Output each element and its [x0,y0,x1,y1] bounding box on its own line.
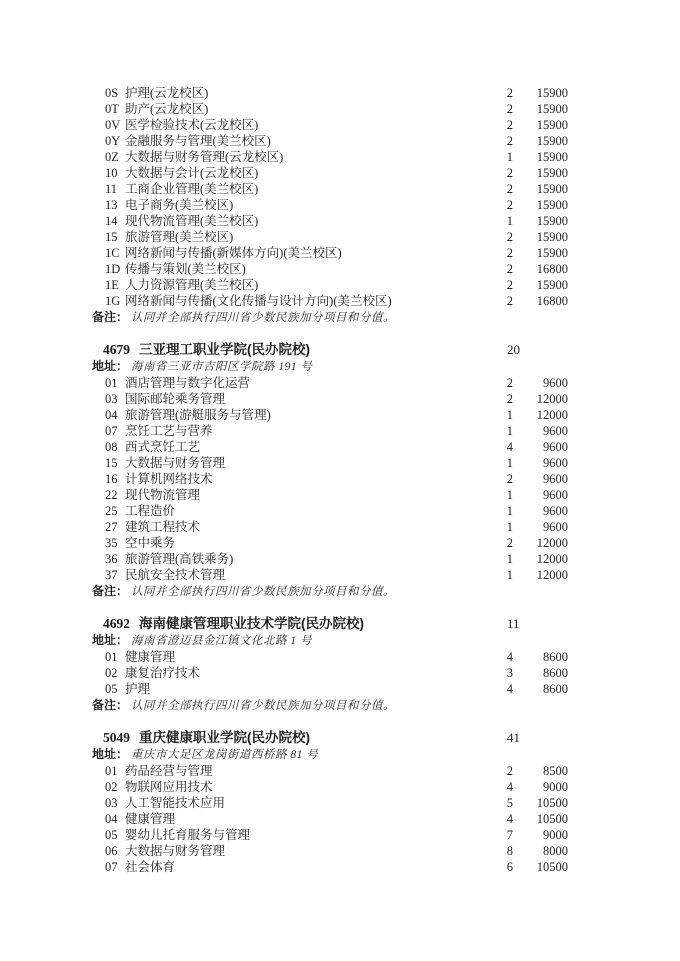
course-code: 1C [105,245,125,261]
course-name: 人工智能技术应用 [125,795,483,811]
course-enrollment-count: 2 [483,471,513,487]
course-code: 13 [105,197,125,213]
course-name: 康复治疗技术 [125,665,483,681]
course-row: 16计算机网络技术29600 [105,471,568,487]
course-enrollment-count: 2 [483,101,513,117]
course-tuition-fee: 9600 [513,503,568,519]
course-row: 27建筑工程技术19600 [105,519,568,535]
course-code: 0S [105,85,125,101]
course-code: 16 [105,471,125,487]
course-row: 05护理48600 [105,681,568,697]
course-tuition-fee: 9600 [513,487,568,503]
address-label: 地址： [92,747,128,761]
course-enrollment-count: 1 [483,567,513,583]
school-name: 重庆健康职业学院(民办院校) [139,730,310,746]
course-tuition-fee: 9600 [513,455,568,471]
course-row: 02物联网应用技术49000 [105,779,568,795]
note-text: 认同并全部执行四川省少数民族加分项目和分值。 [131,312,395,324]
course-code: 11 [105,181,125,197]
course-enrollment-count: 2 [483,277,513,293]
course-name: 人力资源管理(美兰校区) [125,277,483,293]
course-name: 旅游管理(美兰校区) [125,229,483,245]
course-tuition-fee: 16800 [513,261,568,277]
course-enrollment-count: 1 [483,213,513,229]
course-tuition-fee: 10500 [513,795,568,811]
course-tuition-fee: 9600 [513,471,568,487]
course-name: 医学检验技术(云龙校区) [125,117,483,133]
course-code: 25 [105,503,125,519]
course-enrollment-count: 2 [483,165,513,181]
course-row: 03人工智能技术应用510500 [105,795,568,811]
school-header: 4692海南健康管理职业技术学院(民办院校)11 [103,616,568,632]
course-row: 1C网络新闻与传播(新媒体方向)(美兰校区)215900 [105,245,568,261]
course-enrollment-count: 1 [483,551,513,567]
course-code: 07 [105,423,125,439]
course-name: 民航安全技术管理 [125,567,483,583]
course-name: 建筑工程技术 [125,519,483,535]
course-tuition-fee: 16800 [513,293,568,309]
course-enrollment-count: 2 [483,261,513,277]
course-code: 0V [105,117,125,133]
course-row: 03国际邮轮乘务管理212000 [105,391,568,407]
course-row: 01药品经营与管理28500 [105,763,568,779]
course-enrollment-count: 4 [483,811,513,827]
course-name: 社会体育 [125,859,483,875]
course-row: 01健康管理48600 [105,649,568,665]
course-row: 07烹饪工艺与营养19600 [105,423,568,439]
course-enrollment-count: 2 [483,117,513,133]
course-code: 01 [105,763,125,779]
admission-plan-document-page: 0S护理(云龙校区)2159000T助产(云龙校区)2159000V医学检验技术… [0,0,680,961]
course-name: 现代物流管理(美兰校区) [125,213,483,229]
course-code: 06 [105,843,125,859]
course-row: 0Z大数据与财务管理(云龙校区)115900 [105,149,568,165]
address-text: 海南省三亚市吉阳区学院路 191 号 [131,361,313,373]
course-name: 大数据与财务管理(云龙校区) [125,149,483,165]
course-row: 11工商企业管理(美兰校区)215900 [105,181,568,197]
course-enrollment-count: 2 [483,375,513,391]
course-enrollment-count: 2 [483,763,513,779]
course-code: 37 [105,567,125,583]
course-row: 02康复治疗技术38600 [105,665,568,681]
course-code: 01 [105,375,125,391]
course-row: 04旅游管理(游艇服务与管理)112000 [105,407,568,423]
course-row: 22现代物流管理19600 [105,487,568,503]
course-enrollment-count: 1 [483,423,513,439]
course-enrollment-count: 4 [483,681,513,697]
course-row: 37民航安全技术管理112000 [105,567,568,583]
course-code: 1G [105,293,125,309]
course-code: 10 [105,165,125,181]
course-code: 04 [105,407,125,423]
course-code: 05 [105,681,125,697]
course-tuition-fee: 8500 [513,763,568,779]
course-tuition-fee: 9000 [513,827,568,843]
course-row: 1E人力资源管理(美兰校区)215900 [105,277,568,293]
course-row: 0S护理(云龙校区)215900 [105,85,568,101]
course-enrollment-count: 8 [483,843,513,859]
course-code: 07 [105,859,125,875]
course-name: 大数据与会计(云龙校区) [125,165,483,181]
course-name: 护理 [125,681,483,697]
course-name: 酒店管理与数字化运营 [125,375,483,391]
course-row: 01酒店管理与数字化运营29600 [105,375,568,391]
address-line: 地址：重庆市大足区龙岗街道西桥路 81 号 [92,746,568,763]
course-enrollment-count: 2 [483,229,513,245]
course-code: 36 [105,551,125,567]
course-code: 14 [105,213,125,229]
address-label: 地址： [92,359,128,373]
school-code: 4679 [103,342,130,358]
course-row: 05婴幼儿托育服务与管理79000 [105,827,568,843]
course-name: 计算机网络技术 [125,471,483,487]
course-name: 网络新闻与传播(新媒体方向)(美兰校区) [125,245,483,261]
course-tuition-fee: 15900 [513,149,568,165]
school-total-count: 41 [507,730,568,746]
course-enrollment-count: 1 [483,455,513,471]
course-tuition-fee: 9000 [513,779,568,795]
course-enrollment-count: 2 [483,535,513,551]
course-name: 网络新闻与传播(文化传播与设计方向)(美兰校区) [125,293,483,309]
course-tuition-fee: 9600 [513,375,568,391]
course-name: 国际邮轮乘务管理 [125,391,483,407]
address-text: 海南省澄迈县金江镇文化北路 1 号 [131,635,312,647]
course-row: 14现代物流管理(美兰校区)115900 [105,213,568,229]
course-enrollment-count: 5 [483,795,513,811]
course-code: 15 [105,229,125,245]
course-row: 10大数据与会计(云龙校区)215900 [105,165,568,181]
course-enrollment-count: 1 [483,519,513,535]
course-enrollment-count: 2 [483,181,513,197]
school-code: 4692 [103,616,130,632]
note-label: 备注： [92,310,128,324]
course-tuition-fee: 15900 [513,229,568,245]
course-name: 烹饪工艺与营养 [125,423,483,439]
course-row: 1G网络新闻与传播(文化传播与设计方向)(美兰校区)216800 [105,293,568,309]
course-code: 0T [105,101,125,117]
course-tuition-fee: 15900 [513,133,568,149]
course-enrollment-count: 6 [483,859,513,875]
course-tuition-fee: 15900 [513,165,568,181]
course-tuition-fee: 15900 [513,245,568,261]
course-tuition-fee: 15900 [513,197,568,213]
course-tuition-fee: 12000 [513,391,568,407]
school-code: 5049 [103,730,130,746]
course-tuition-fee: 12000 [513,551,568,567]
course-row: 06大数据与财务管理88000 [105,843,568,859]
course-code: 1E [105,277,125,293]
course-tuition-fee: 8600 [513,681,568,697]
course-tuition-fee: 12000 [513,535,568,551]
course-name: 物联网应用技术 [125,779,483,795]
school-section: 5049重庆健康职业学院(民办院校)41地址：重庆市大足区龙岗街道西桥路 81 … [92,730,568,875]
course-row: 15大数据与财务管理19600 [105,455,568,471]
note-line: 备注：认同并全部执行四川省少数民族加分项目和分值。 [92,309,568,326]
course-code: 1D [105,261,125,277]
address-line: 地址：海南省澄迈县金江镇文化北路 1 号 [92,632,568,649]
course-code: 22 [105,487,125,503]
course-enrollment-count: 7 [483,827,513,843]
school-name: 三亚理工职业学院(民办院校) [139,342,310,358]
course-tuition-fee: 12000 [513,407,568,423]
course-code: 02 [105,779,125,795]
course-enrollment-count: 1 [483,407,513,423]
school-section: 0S护理(云龙校区)2159000T助产(云龙校区)2159000V医学检验技术… [92,85,568,326]
course-enrollment-count: 2 [483,197,513,213]
course-tuition-fee: 15900 [513,85,568,101]
course-tuition-fee: 10500 [513,811,568,827]
course-enrollment-count: 2 [483,391,513,407]
school-header: 5049重庆健康职业学院(民办院校)41 [103,730,568,746]
course-name: 大数据与财务管理 [125,455,483,471]
school-section: 4679三亚理工职业学院(民办院校)20地址：海南省三亚市吉阳区学院路 191 … [92,342,568,600]
course-row: 0T助产(云龙校区)215900 [105,101,568,117]
course-enrollment-count: 4 [483,439,513,455]
course-tuition-fee: 9600 [513,423,568,439]
course-name: 护理(云龙校区) [125,85,483,101]
school-total-count: 20 [507,342,568,358]
school-total-count: 11 [507,616,568,632]
course-enrollment-count: 2 [483,85,513,101]
course-name: 西式烹饪工艺 [125,439,483,455]
course-tuition-fee: 15900 [513,101,568,117]
course-tuition-fee: 9600 [513,439,568,455]
course-tuition-fee: 15900 [513,181,568,197]
course-code: 0Y [105,133,125,149]
course-name: 药品经营与管理 [125,763,483,779]
course-tuition-fee: 15900 [513,117,568,133]
note-text: 认同并全部执行四川省少数民族加分项目和分值。 [131,700,395,712]
course-name: 电子商务(美兰校区) [125,197,483,213]
course-row: 1D传播与策划(美兰校区)216800 [105,261,568,277]
note-label: 备注： [92,698,128,712]
course-enrollment-count: 1 [483,503,513,519]
course-row: 08西式烹饪工艺49600 [105,439,568,455]
school-header: 4679三亚理工职业学院(民办院校)20 [103,342,568,358]
course-enrollment-count: 1 [483,487,513,503]
course-row: 15旅游管理(美兰校区)215900 [105,229,568,245]
school-sections-list: 0S护理(云龙校区)2159000T助产(云龙校区)2159000V医学检验技术… [92,85,568,875]
course-row: 36旅游管理(高铁乘务)112000 [105,551,568,567]
course-name: 工程造价 [125,503,483,519]
course-row: 07社会体育610500 [105,859,568,875]
course-code: 0Z [105,149,125,165]
course-enrollment-count: 4 [483,779,513,795]
course-name: 大数据与财务管理 [125,843,483,859]
course-row: 0Y金融服务与管理(美兰校区)215900 [105,133,568,149]
course-name: 健康管理 [125,649,483,665]
course-code: 35 [105,535,125,551]
course-name: 助产(云龙校区) [125,101,483,117]
course-name: 工商企业管理(美兰校区) [125,181,483,197]
course-row: 04健康管理410500 [105,811,568,827]
course-enrollment-count: 2 [483,133,513,149]
address-text: 重庆市大足区龙岗街道西桥路 81 号 [131,749,318,761]
course-name: 金融服务与管理(美兰校区) [125,133,483,149]
course-tuition-fee: 8600 [513,665,568,681]
course-name: 现代物流管理 [125,487,483,503]
course-code: 03 [105,391,125,407]
course-row: 35空中乘务212000 [105,535,568,551]
course-code: 01 [105,649,125,665]
course-enrollment-count: 4 [483,649,513,665]
course-tuition-fee: 10500 [513,859,568,875]
course-enrollment-count: 1 [483,149,513,165]
course-code: 08 [105,439,125,455]
course-row: 25工程造价19600 [105,503,568,519]
course-code: 03 [105,795,125,811]
address-line: 地址：海南省三亚市吉阳区学院路 191 号 [92,358,568,375]
note-text: 认同并全部执行四川省少数民族加分项目和分值。 [131,586,395,598]
school-section: 4692海南健康管理职业技术学院(民办院校)11地址：海南省澄迈县金江镇文化北路… [92,616,568,714]
note-line: 备注：认同并全部执行四川省少数民族加分项目和分值。 [92,583,568,600]
course-row: 0V医学检验技术(云龙校区)215900 [105,117,568,133]
course-tuition-fee: 8600 [513,649,568,665]
course-code: 05 [105,827,125,843]
course-tuition-fee: 8000 [513,843,568,859]
note-label: 备注： [92,584,128,598]
course-tuition-fee: 9600 [513,519,568,535]
course-row: 13电子商务(美兰校区)215900 [105,197,568,213]
course-tuition-fee: 12000 [513,567,568,583]
course-code: 15 [105,455,125,471]
course-name: 旅游管理(高铁乘务) [125,551,483,567]
course-enrollment-count: 2 [483,293,513,309]
course-tuition-fee: 15900 [513,277,568,293]
course-name: 空中乘务 [125,535,483,551]
note-line: 备注：认同并全部执行四川省少数民族加分项目和分值。 [92,697,568,714]
course-code: 27 [105,519,125,535]
course-enrollment-count: 3 [483,665,513,681]
course-name: 健康管理 [125,811,483,827]
course-tuition-fee: 15900 [513,213,568,229]
course-name: 婴幼儿托育服务与管理 [125,827,483,843]
course-code: 04 [105,811,125,827]
course-enrollment-count: 2 [483,245,513,261]
course-name: 传播与策划(美兰校区) [125,261,483,277]
course-name: 旅游管理(游艇服务与管理) [125,407,483,423]
school-name: 海南健康管理职业技术学院(民办院校) [139,616,364,632]
course-code: 02 [105,665,125,681]
address-label: 地址： [92,633,128,647]
